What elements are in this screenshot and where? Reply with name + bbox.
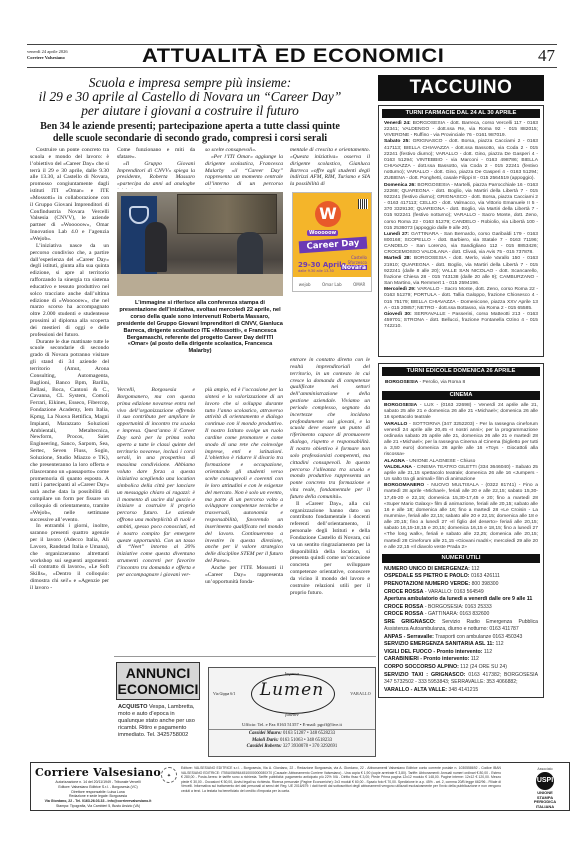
paragraph: Come funzionano e miti da sfatare». — [117, 147, 195, 161]
numeri-utili-title: NUMERI UTILI — [382, 554, 540, 563]
numero-value: - BORGOSESIA: 0163 25333 — [425, 604, 492, 610]
article-column-3-top: so scelte consapevoli». «Per l’ITI Omar»… — [205, 147, 283, 189]
numero-value: 348 4141215 — [448, 687, 478, 693]
uspi-logo-icon: USPI — [536, 772, 554, 790]
day-label: Venerdì 24: — [384, 121, 411, 126]
paragraph: Costruire un ponte concreto tra scuola e… — [30, 147, 109, 243]
numero-entry: CROCE ROSSA - GATTINARA: 0163 832600 — [384, 611, 538, 619]
photo-caption: L’immagine si riferisce alla conferenza … — [117, 300, 283, 355]
numero-entry: Apertura ambulatorio da lunedì a venerdì… — [384, 596, 538, 604]
sponsor-logo: OMAR — [353, 282, 365, 287]
poster-brand: Wooooow — [307, 230, 338, 236]
taccuino-sidebar: TACCUINO TURNI FARMACIE DAL 24 AL 30 APR… — [378, 75, 544, 698]
numero-entry: VIGILI DEL FUOCO - Pronto intervento: 11… — [384, 649, 538, 657]
numero-entry: NUMERO UNICO DI EMERGENZA: 112 — [384, 566, 538, 574]
legal-text: Editore: VALSESIANO EDITRICE s.r.l. - Bo… — [181, 766, 501, 794]
cinema-town: BORGOSESIA — [384, 403, 417, 408]
article-column-4-mid: entrare in contatto diretto con le realt… — [290, 357, 370, 649]
numero-label: CARABINIERI - Pronto intervento: — [384, 656, 469, 662]
article-column-1: Costruire un ponte concreto tra scuola e… — [30, 147, 109, 699]
ad-contacts: Cassidei Mauro: 0163 51287 • 348 6528233… — [209, 731, 375, 751]
numero-value: 800 398300 — [472, 581, 499, 587]
numero-label: CROCE ROSSA — [384, 589, 423, 595]
poster-title: Career Day — [299, 237, 368, 254]
numero-value: - GATTINARA: 0163 832600 — [425, 611, 489, 617]
paragraph: L’iniziativa nasce da un percorso condiv… — [30, 243, 109, 339]
numero-label: CROCE ROSSA — [384, 611, 423, 617]
numero-entry: SERVIZIO TAXI : GRIGNASCO: 0163 417382; … — [384, 672, 538, 687]
numero-value: Trasporti con ambulanze 0163 450343 — [435, 634, 522, 640]
numero-value: 0163 426111 — [471, 573, 500, 579]
numero-label: PRENOTAZIONI NUMERO VERDE: — [384, 581, 470, 587]
wooooow-logo-icon: W — [315, 201, 341, 227]
paragraph: Anche per l’ITE Mossotti il «Career Day»… — [205, 565, 283, 586]
numero-value: - VARALLO: 0163 564549 — [425, 589, 484, 595]
edicole-title: TURNI EDICOLE DOMENICA 26 APRILE — [382, 367, 540, 376]
cinema-text: - SOTTORIVA (347 3252203) - Per la rasse… — [384, 422, 538, 458]
farmacia-day: Mercoledì 29: VARALLO - Sacro Monte, dot… — [384, 287, 538, 312]
annunci-title: ECONOMICI — [117, 681, 199, 697]
numero-entry: CARABINIERI - Pronto intervento: 112 — [384, 656, 538, 664]
paragraph: Vercelli, Borgosesia e Borgomanero, ma c… — [117, 387, 195, 579]
cinema-title: CINEMA — [382, 391, 540, 400]
farmacia-day: Martedì 28: BORGOSESIA - dott. Merlo, vi… — [384, 256, 538, 287]
paragraph: «Per l’ITI Omar» aggiunge la dirigente s… — [205, 154, 283, 189]
contact-name: Maioli Daris: — [252, 738, 279, 743]
numero-entry: VARALLO - ALTA VALLE: 348 4141215 — [384, 687, 538, 695]
divider — [114, 656, 376, 657]
numero-label: VIGILI DEL FUOCO - Pronto intervento: — [384, 649, 482, 655]
paragraph: Durante le due mattinate tutte le scuole… — [30, 339, 109, 524]
poster-sponsors: wejob Omar Lab OMAR — [293, 277, 371, 291]
poster-venue: Castello Sforzesco Novara — [341, 255, 367, 270]
taccuino-title: TACCUINO — [378, 75, 544, 101]
classified-ad: ACQUISTO Vespa, Lambretta, moto e auto d… — [118, 704, 200, 739]
numero-label: SERVIZIO EMERGENZA SANITARIA ASL 11: — [384, 641, 494, 647]
headline-line: per aiutare i giovani a costruire il fut… — [30, 104, 350, 118]
numero-entry: CROCE ROSSA - BORGOSESIA: 0163 25333 — [384, 604, 538, 612]
numero-label: NUMERO UNICO DI EMERGENZA: — [384, 566, 470, 572]
edicola-text: - Perolio, via Roma 8 — [420, 380, 466, 385]
numeri-list: NUMERO UNICO DI EMERGENZA: 112 OSPEDALE … — [379, 566, 543, 694]
article-column-2-top: Come funzionano e miti da sfatare». «Il … — [117, 147, 195, 189]
numero-entry: OSPEDALE SS PIETRO E PAOLO: 0163 426111 — [384, 573, 538, 581]
ad-city: VARALLO — [350, 691, 371, 696]
paragraph: In entrambi i giorni, inoltre, saranno p… — [30, 523, 109, 591]
press-conference-photo — [117, 192, 283, 296]
numero-value: 112 — [484, 649, 492, 655]
numero-entry: SERVIZIO EMERGENZA SANITARIA ASL 11: 112 — [384, 641, 538, 649]
paragraph: Il «Career Day», alla cui organizzazione… — [290, 501, 370, 597]
issue-date: venerdì 24 aprile 2026 Corriere Valsesia… — [27, 49, 68, 60]
numero-label: SERVIZIO TAXI : GRIGNASCO: — [384, 672, 465, 678]
numero-value: 112 — [471, 566, 479, 572]
numero-label: Apertura ambulatorio da lunedì a venerdì… — [384, 596, 532, 602]
date-text: venerdì 24 aprile 2026 — [27, 49, 68, 54]
speaker-figure — [237, 232, 263, 280]
logo-icon — [129, 206, 149, 224]
day-text: BORGOSESIA - Martelli, piazza Parrocchia… — [384, 183, 538, 231]
numero-entry: CORPO SOCCORSO ALPINO: 112 (24 ORE SU 24… — [384, 664, 538, 672]
masthead-footer: Corriere Valsesiano Autorizzazione n. 14… — [30, 762, 570, 811]
numero-entry: SRE GRIGNASCO: Servizio Radio Emergenza … — [384, 619, 538, 634]
edicola-entry: BORGOSESIA - Perolio, via Roma 8 — [379, 379, 543, 388]
uspi-line: ITALIANA — [525, 805, 565, 810]
day-label: Martedì 28: — [384, 256, 411, 261]
numeri-utili-section: NUMERI UTILI NUMERO UNICO DI EMERGENZA: … — [379, 554, 543, 694]
paragraph: «Il Gruppo Giovani Imprenditori di CNVV»… — [117, 161, 195, 189]
numero-label: SRE GRIGNASCO: — [384, 619, 436, 625]
ad-top-text: Impresa — [209, 671, 375, 676]
cinema-text: - NUOVO MULTISALA - (0322 81741) - Fino … — [384, 483, 538, 550]
day-label: Mercoledì 29: — [384, 287, 416, 292]
sponsor-logo: Omar Lab — [322, 282, 342, 287]
day-label: Domenica 26: — [384, 183, 416, 188]
numero-label: OSPEDALE SS PIETRO E PAOLO: — [384, 573, 470, 579]
contact-row: Cassidei Roberto: 327 3930078 • 370 3292… — [209, 744, 375, 751]
speaker-figure — [145, 222, 167, 272]
cinema-town: VARALLO — [384, 422, 407, 427]
cinema-town: BORGOMANERO — [384, 483, 424, 488]
article-headline: Scuola e impresa sempre più insieme: il … — [30, 76, 350, 117]
farmacia-day: Sabato 25: GRIGNASCO - dott. Borsa, piaz… — [384, 139, 538, 182]
ad-office-contact: Ufficio: Tel. e Fax 0163 51357 • E-mail:… — [209, 722, 375, 730]
career-day-poster: W Wooooow Career Day 29-30 Aprile dalle … — [292, 192, 372, 292]
numero-value: 112 — [496, 641, 504, 647]
qr-code-icon — [358, 199, 368, 209]
farmacie-title: TURNI FARMACIE DAL 24 AL 30 APRILE — [382, 109, 540, 118]
paper-name: Corriere Valsesiano — [27, 55, 68, 61]
farmacia-day: Venerdì 24: BORGOSESIA - dott. Barreca, … — [384, 121, 538, 139]
numero-entry: ANPAS - Serravalle: Trasporti con ambula… — [384, 634, 538, 642]
page-number: 47 — [538, 46, 555, 66]
contact-phones: 0163 51063 • 348 6518233 — [280, 738, 332, 743]
masthead-logo: Corriere Valsesiano — [35, 766, 161, 779]
day-label: Giovedì 30: — [384, 312, 412, 317]
ad-brand-name: Lumen — [209, 680, 375, 700]
article-column-3-bottom: più ampio, ed è l’occasione per la sinte… — [205, 387, 283, 651]
poster-dates: 29-30 Aprile dalle 9.30 alle 13.30 — [298, 261, 346, 273]
paragraph: più ampio, ed è l’occasione per la sinte… — [205, 387, 283, 565]
contact-name: Cassidei Roberto: — [247, 744, 282, 749]
contact-phones: 327 3930078 • 370 3292691 — [283, 744, 337, 749]
paragraph: entrare in contatto diretto con le realt… — [290, 357, 370, 501]
edicole-cinema-box: TURNI EDICOLE DOMENICA 26 APRILE BORGOSE… — [378, 363, 544, 698]
dates-text: 29-30 Aprile — [298, 261, 346, 269]
turni-farmacie-box: TURNI FARMACIE DAL 24 AL 30 APRILE Vener… — [378, 105, 544, 357]
farmacia-day: Giovedì 30: SERRAVALLE - Passerini, cors… — [384, 312, 538, 330]
annunci-economici-header: ANNUNCI ECONOMICI — [116, 662, 200, 700]
headline-line: Scuola e impresa sempre più insieme: — [30, 76, 350, 90]
cinema-town: VALDILANA — [384, 465, 412, 470]
farmacia-day: Lunedì 27: GATTINARA - San Bernardo, cor… — [384, 232, 538, 257]
article-column-4-top: mentale di crescita e orientamento. «Que… — [290, 147, 370, 189]
cinema-entry: BORGOSESIA - LUX - (0163 22698) - Venerd… — [384, 403, 538, 421]
contact-name: Cassidei Mauro: — [249, 731, 282, 736]
numero-label: ANPAS - Serravalle: — [384, 634, 434, 640]
cinema-list: BORGOSESIA - LUX - (0163 22698) - Venerd… — [379, 403, 543, 551]
assoc-label: Associato — [525, 767, 565, 771]
wall-painting — [177, 194, 277, 234]
paragraph: so scelte consapevoli». — [205, 147, 283, 154]
subhead-line: Ben 34 le aziende presenti; partecipazio… — [30, 121, 350, 133]
numero-label: CORPO SOCCORSO ALPINO: — [384, 664, 459, 670]
contact-phones: 0163 51287 • 348 6528233 — [283, 731, 335, 736]
cinema-entry: BORGOMANERO - NUOVO MULTISALA - (0322 81… — [384, 483, 538, 551]
cinema-entry: VALDILANA - CINEMA TEATRO GILETTI (334 3… — [384, 465, 538, 483]
ad-keyword: ACQUISTO — [118, 704, 147, 710]
hours-text: dalle 9.30 alle 13.30 — [298, 269, 346, 273]
cinema-text: - UNIONE ALAGNESE - Chiuso — [406, 459, 475, 464]
lumen-funeral-ad: Impresa Lumen funebre Via Gippa 6/1 VARA… — [208, 667, 376, 757]
numero-label: VARALLO - ALTA VALLE: — [384, 687, 447, 693]
sponsor-logo: wejob — [299, 282, 311, 287]
ad-address: Via Gippa 6/1 — [213, 691, 235, 696]
numero-entry: CROCE ROSSA - VARALLO: 0163 564549 — [384, 589, 538, 597]
masthead-info: Autorizzazione n. 14 del 20/11/1949 - Tr… — [35, 780, 161, 809]
edicola-town: BORGOSESIA — [385, 380, 418, 385]
cinema-town: ALAGNA — [384, 459, 405, 464]
uspi-badge: Associato USPI UNIONE STAMPA PERIODICA I… — [525, 767, 565, 809]
day-label: Lunedì 27: — [384, 232, 409, 237]
info-line: Stampa: Tipografia, Via Cambieri 5, Bust… — [35, 804, 161, 809]
uspi-name: UNIONE STAMPA PERIODICA ITALIANA — [525, 791, 565, 809]
subhead-line: delle scuole secondarie di secondo grado… — [30, 133, 350, 145]
seal-icon: ✦ — [161, 767, 177, 783]
section-title: ATTUALITÀ ED ECONOMICI — [142, 46, 444, 68]
annunci-title: ANNUNCI — [117, 665, 199, 681]
farmacie-list: Venerdì 24: BORGOSESIA - dott. Barreca, … — [379, 121, 543, 330]
venue-city: Novara — [341, 265, 367, 270]
day-text: GRIGNASCO - dott. Borsa, piazza Cacciami… — [384, 139, 538, 181]
article-subhead: Ben 34 le aziende presenti; partecipazio… — [30, 121, 350, 144]
paragraph: mentale di crescita e orientamento. «Que… — [290, 147, 370, 188]
headline-line: il 29 e 30 aprile al Castello di Novara … — [30, 90, 350, 104]
numero-label: CROCE ROSSA — [384, 604, 423, 610]
article-column-2-bottom: Vercelli, Borgosesia e Borgomanero, ma c… — [117, 387, 195, 651]
farmacia-day: Domenica 26: BORGOSESIA - Martelli, piaz… — [384, 183, 538, 232]
cinema-entry: VARALLO - SOTTORIVA (347 3252203) - Per … — [384, 422, 538, 459]
numero-entry: PRENOTAZIONI NUMERO VERDE: 800 398300 — [384, 581, 538, 589]
ad-bottom-text: funebre — [209, 712, 375, 717]
conference-table — [117, 274, 283, 296]
day-label: Sabato 25: — [384, 139, 410, 144]
numero-value: 112 — [471, 656, 479, 662]
page-header: venerdì 24 aprile 2026 Corriere Valsesia… — [27, 44, 557, 68]
numero-value: 112 (24 ORE SU 24) — [460, 664, 507, 670]
